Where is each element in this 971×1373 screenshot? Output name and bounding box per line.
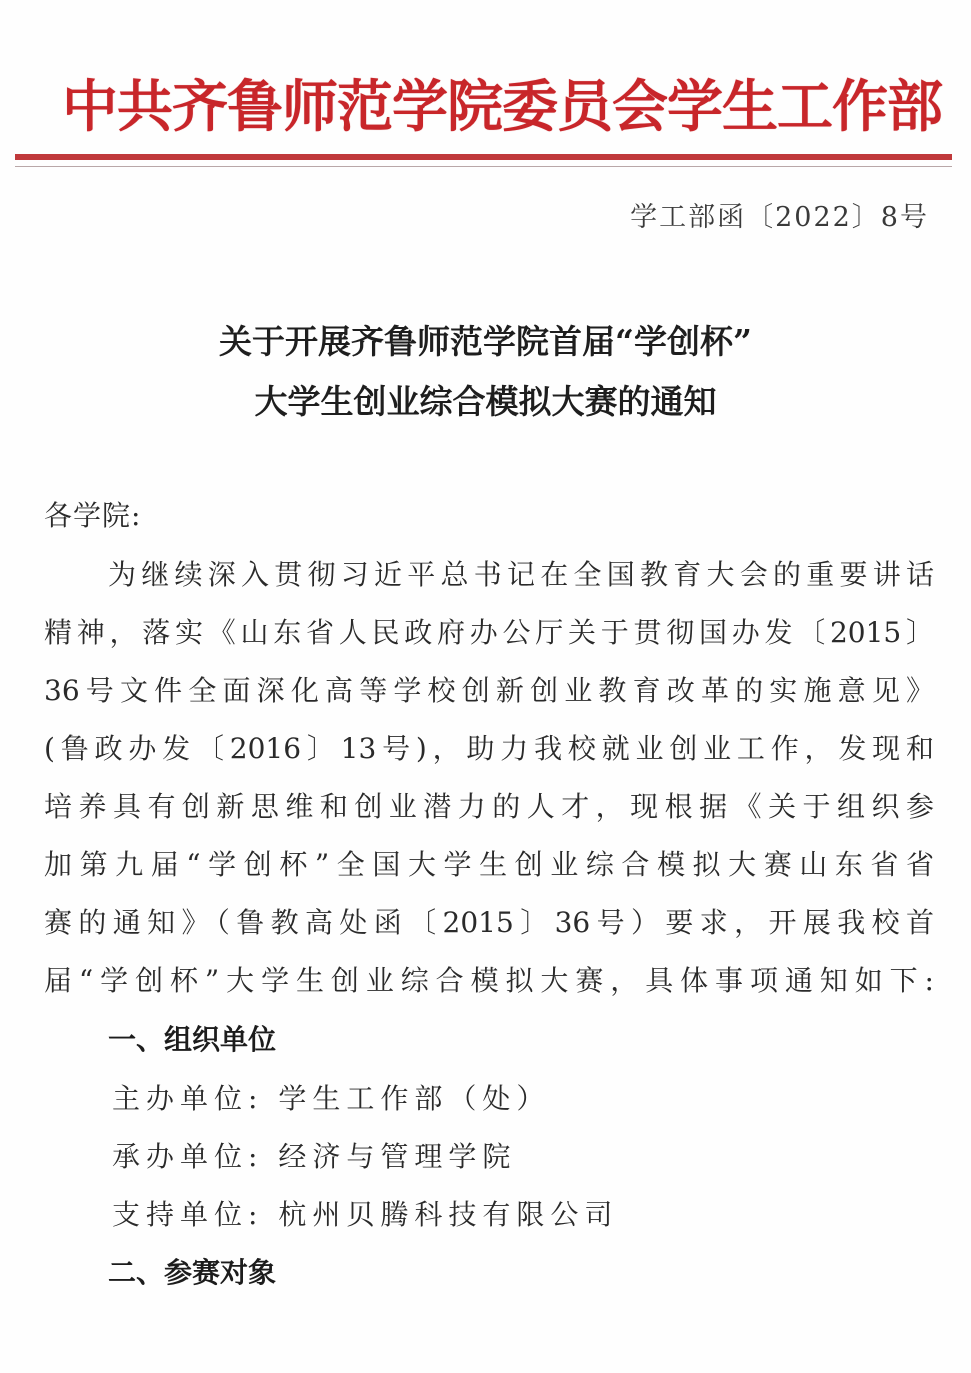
letterhead-thin-rule [15, 166, 952, 167]
body-line: 为继续深入贯彻习近平总书记在全国教育大会的重要讲话 [108, 555, 934, 595]
body-line: 36号文件全面深化高等学校创新创业教育改革的实施意见》 [44, 671, 934, 711]
salutation: 各学院: [44, 496, 141, 536]
letterhead-title: 中共齐鲁师范学院委员会学生工作部 [62, 72, 912, 142]
organizer-host: 主办单位: 学生工作部（处） [112, 1079, 550, 1119]
body-line: 加第九届“学创杯”全国大学生创业综合模拟大赛山东省省 [44, 845, 934, 885]
organizer-undertaker: 承办单位: 经济与管理学院 [112, 1137, 516, 1177]
document-number: 学工部函〔2022〕8号 [630, 198, 929, 238]
body-line: 精神，落实《山东省人民政府办公厅关于贯彻国办发〔2015〕 [44, 613, 934, 653]
letterhead-red-rule [15, 154, 952, 160]
section-heading-organizers: 一、组织单位 [108, 1020, 276, 1060]
document-title-line-2: 大学生创业综合模拟大赛的通知 [0, 380, 971, 424]
body-line: 培养具有创新思维和创业潜力的人才，现根据《关于组织参 [44, 787, 934, 827]
organizer-supporter: 支持单位: 杭州贝腾科技有限公司 [112, 1195, 618, 1235]
body-line: (鲁政办发〔2016〕13号)，助力我校就业创业工作，发现和 [44, 729, 934, 769]
body-line: 赛的通知》（鲁教高处函〔2015〕36号）要求，开展我校首 [44, 903, 934, 943]
document-title-line-1: 关于开展齐鲁师范学院首届“学创杯” [0, 320, 971, 364]
document-page: 中共齐鲁师范学院委员会学生工作部 学工部函〔2022〕8号 关于开展齐鲁师范学院… [0, 0, 971, 1373]
body-line: 届“学创杯”大学生创业综合模拟大赛，具体事项通知如下: [44, 961, 934, 1001]
section-heading-participants: 二、参赛对象 [108, 1253, 276, 1293]
